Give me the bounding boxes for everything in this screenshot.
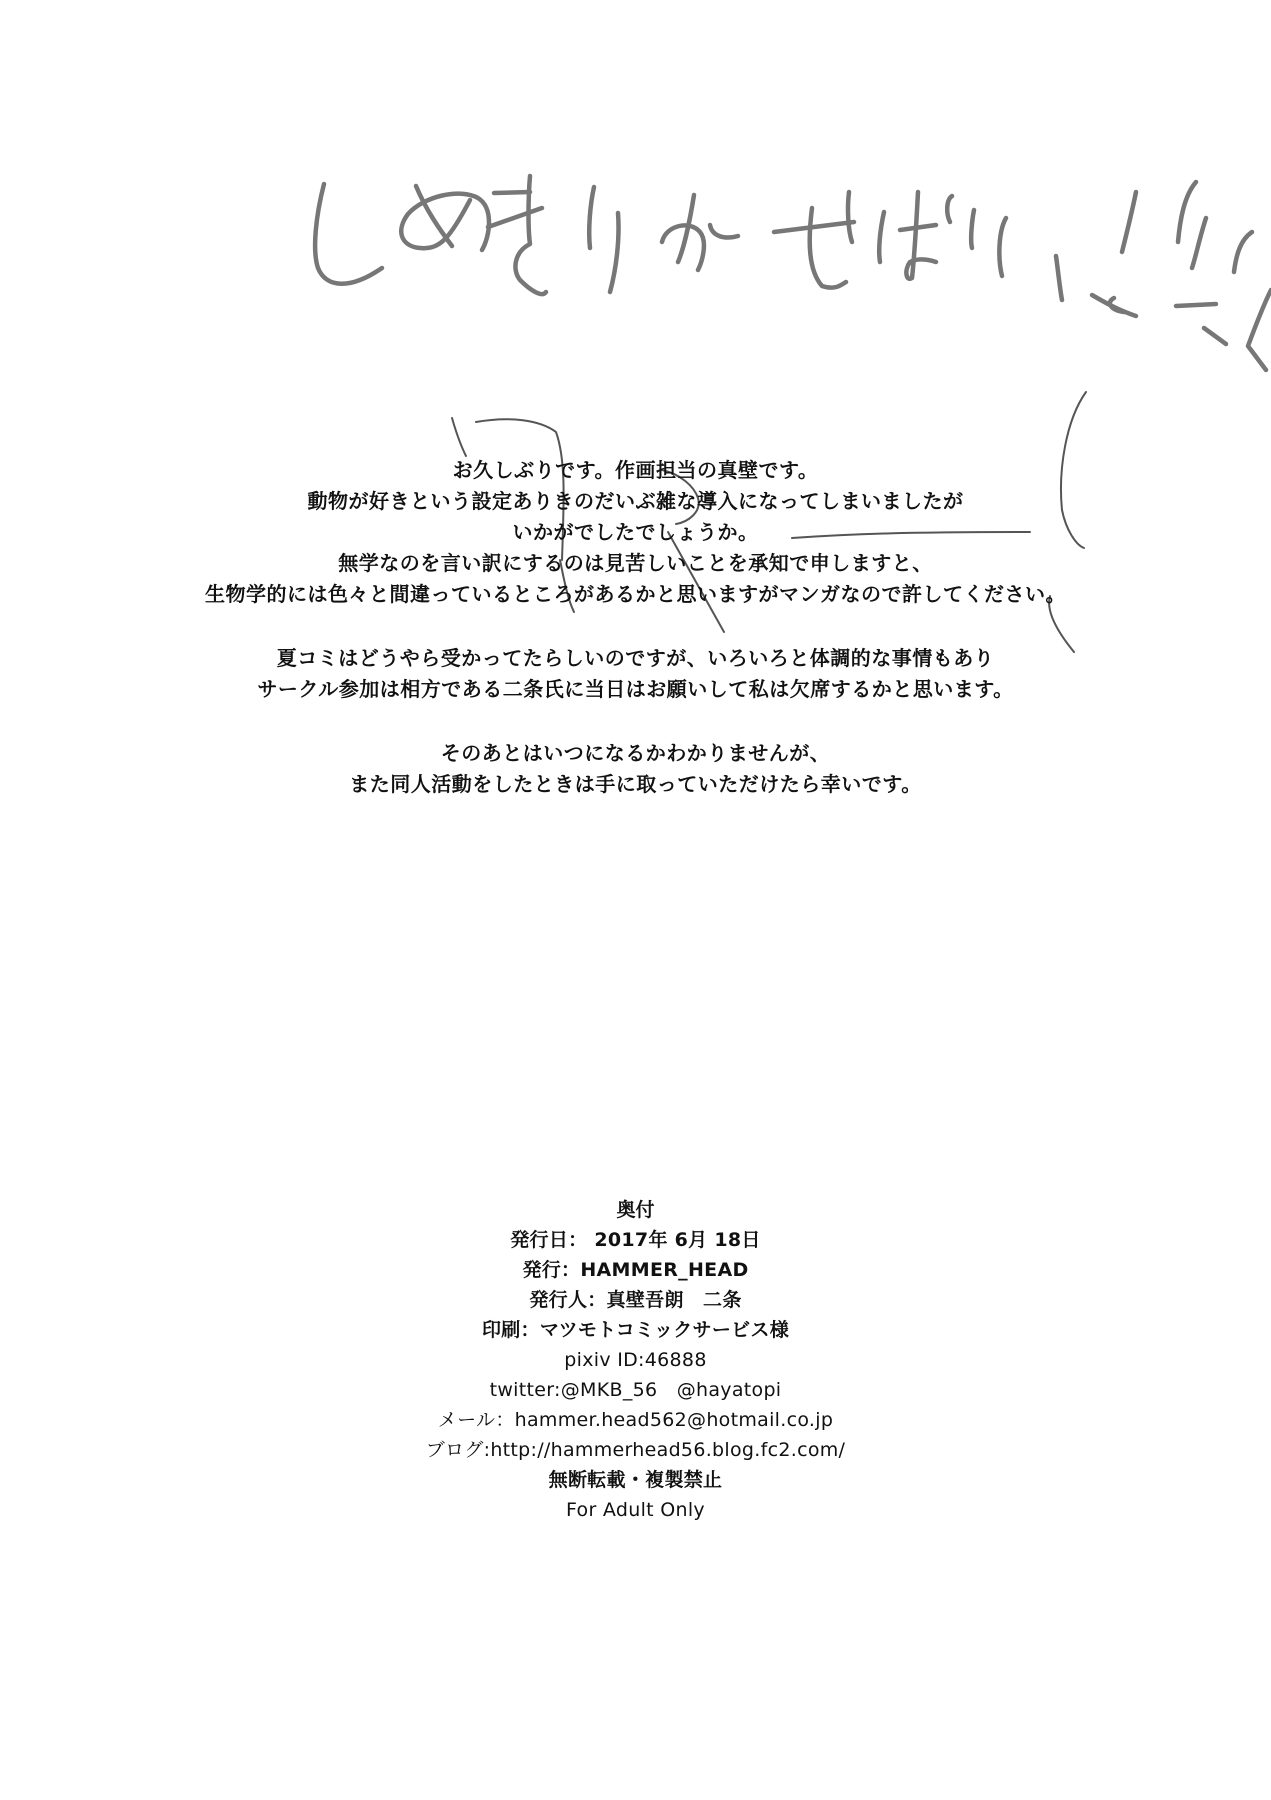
colophon-blog: ブログ:http://hammerhead56.blog.fc2.com/ <box>0 1435 1271 1465</box>
colophon-email: メール：hammer.head562@hotmail.co.jp <box>0 1405 1271 1435</box>
afterword-line: 動物が好きという設定ありきのだいぶ雑な導入になってしまいましたが <box>0 486 1271 517</box>
afterword-line: 無学なのを言い訳にするのは見苦しいことを承知で申しますと、 <box>0 548 1271 579</box>
colophon-title: 奥付 <box>0 1195 1271 1225</box>
afterword: お久しぶりです。作画担当の真壁です。 動物が好きという設定ありきのだいぶ雑な導入… <box>0 455 1271 800</box>
colophon-publish-date: 発行日： 2017年 6月 18日 <box>0 1225 1271 1255</box>
colophon-twitter: twitter:@MKB_56 @hayatopi <box>0 1375 1271 1405</box>
colophon-pixiv-id: pixiv ID:46888 <box>0 1345 1271 1375</box>
afterword-line: いかがでしたでしょうか。 <box>0 517 1271 548</box>
afterword-line: 夏コミはどうやら受かってたらしいのですが、いろいろと体調的な事情もあり <box>0 643 1271 674</box>
colophon: 奥付 発行日： 2017年 6月 18日 発行：HAMMER_HEAD 発行人：… <box>0 1195 1271 1525</box>
pencil-sketch-layer <box>0 0 1271 1800</box>
afterword-line: また同人活動をしたときは手に取っていただけたら幸いです。 <box>0 769 1271 800</box>
handwritten-heading <box>315 176 1271 370</box>
afterword-paragraph-1: お久しぶりです。作画担当の真壁です。 動物が好きという設定ありきのだいぶ雑な導入… <box>0 455 1271 610</box>
colophon-publisher: 発行：HAMMER_HEAD <box>0 1255 1271 1285</box>
colophon-no-reproduction: 無断転載・複製禁止 <box>0 1465 1271 1495</box>
colophon-printer: 印刷：マツモトコミックサービス様 <box>0 1315 1271 1345</box>
afterword-line: サークル参加は相方である二条氏に当日はお願いして私は欠席するかと思います。 <box>0 674 1271 705</box>
afterword-line: 生物学的には色々と間違っているところがあるかと思いますがマンガなので許してくださ… <box>0 579 1271 610</box>
afterword-line: お久しぶりです。作画担当の真壁です。 <box>0 455 1271 486</box>
colophon-adult-only: For Adult Only <box>0 1495 1271 1525</box>
afterword-paragraph-3: そのあとはいつになるかわかりませんが、 また同人活動をしたときは手に取っていただ… <box>0 738 1271 800</box>
paragraph-gap <box>0 610 1271 643</box>
paragraph-gap <box>0 705 1271 738</box>
afterword-paragraph-2: 夏コミはどうやら受かってたらしいのですが、いろいろと体調的な事情もあり サークル… <box>0 643 1271 705</box>
afterword-line: そのあとはいつになるかわかりませんが、 <box>0 738 1271 769</box>
colophon-issuer: 発行人：真壁吾朗 二条 <box>0 1285 1271 1315</box>
